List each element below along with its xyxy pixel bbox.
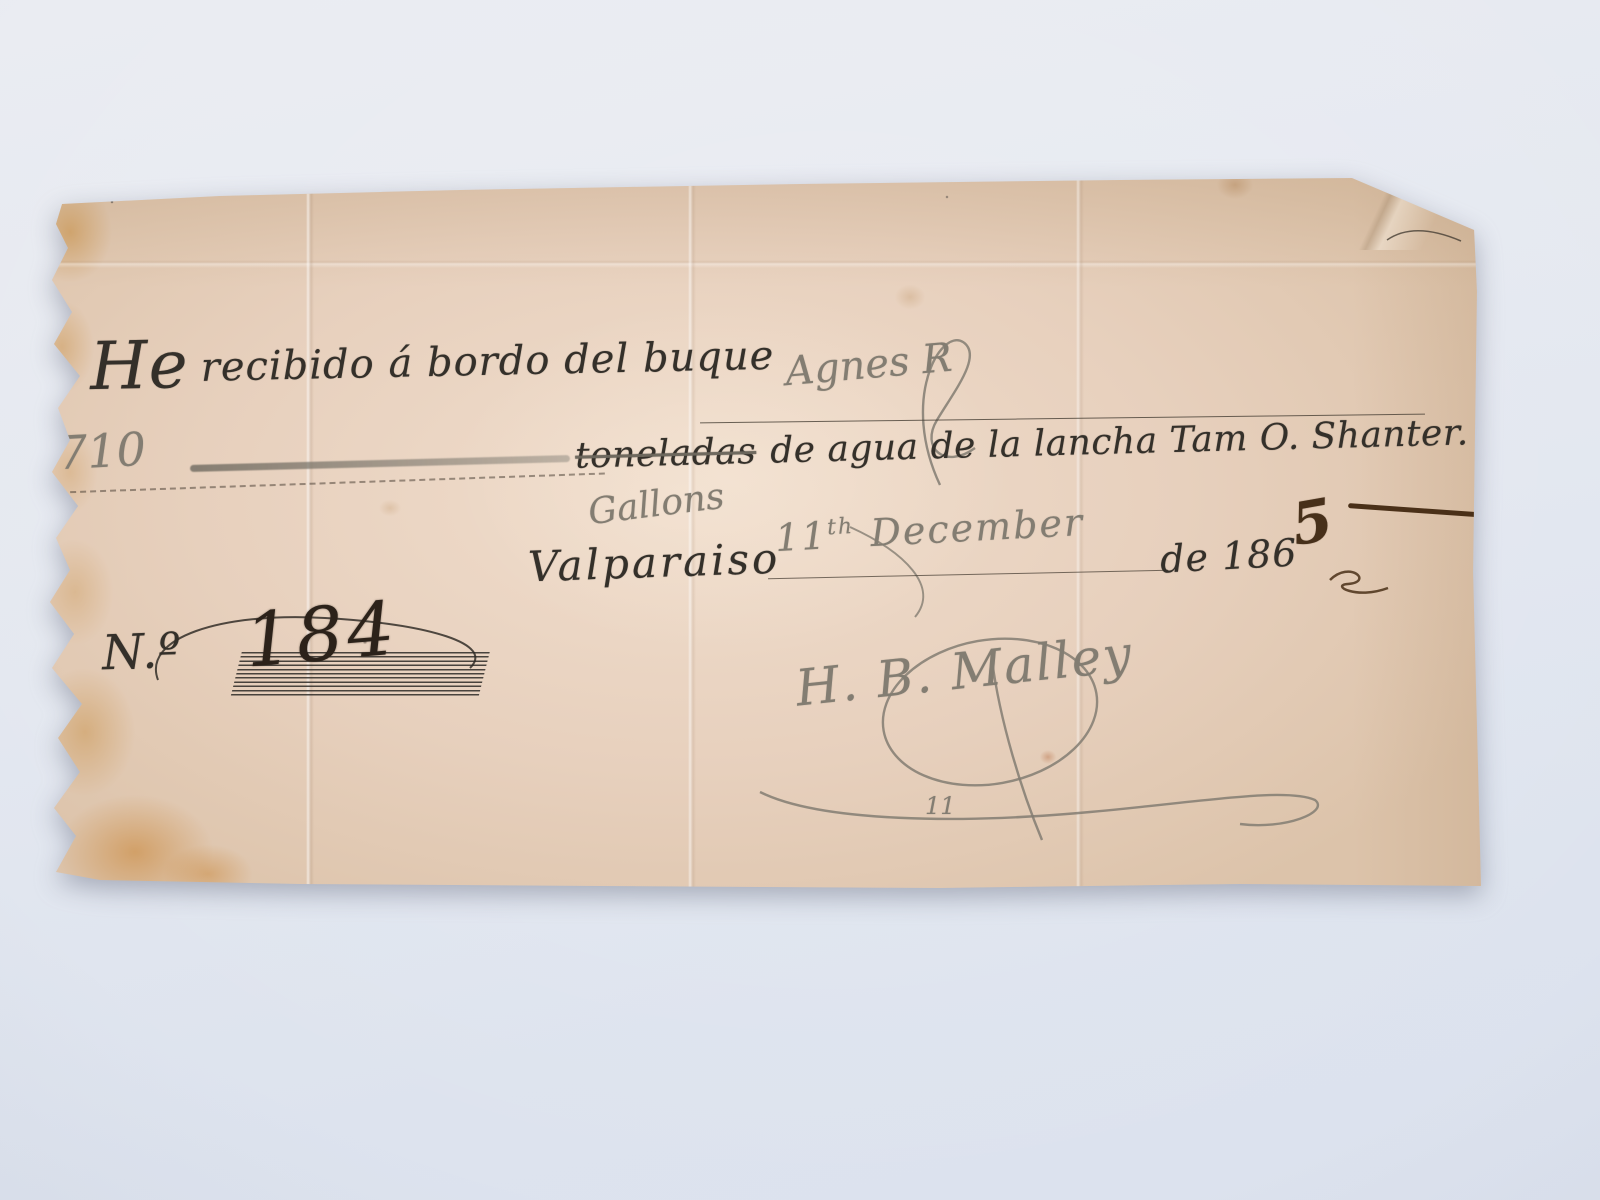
printed-number-label: N.º [101,623,183,682]
date-blank-line [768,570,1168,579]
corner-fold [1295,172,1485,250]
unit-correction-handwritten: Gallons [586,476,727,533]
vessel-name-handwritten: Agnes R [783,335,954,395]
date-day: 11 [774,513,829,560]
printed-text-line1: Herecibido á bordo del buque [90,333,775,393]
signature-handwritten: H. B. Malley [793,624,1136,717]
printed-unit-word-struck: toneladas [575,431,757,477]
year-digit-dash-stroke [1348,503,1488,518]
photo-background: Herecibido á bordo del buque Agnes R 710… [0,0,1600,1200]
quantity-handwritten: 710 [57,422,148,481]
printed-year-prefix: de 186 [1159,530,1299,581]
date-day-suffix: th [826,514,854,540]
year-digit-squiggle [1322,552,1432,612]
signature-note-handwritten: 11 [925,792,956,820]
receipt-number-handwritten: 184 [242,585,402,684]
printed-line1-rest: recibido á bordo del buque [200,333,775,391]
quantity-dash-stroke [190,455,570,472]
corner-fold-crease-mark [1385,218,1465,248]
receipt-paper: Herecibido á bordo del buque Agnes R 710… [40,172,1482,894]
printed-place: Valparaiso [527,534,781,592]
printed-line1-lead: He [89,326,189,405]
screenshot-root: { "receipt": { "printed": { "line1_lead"… [0,0,1600,1200]
paper-surface: Herecibido á bordo del buque Agnes R 710… [40,172,1482,894]
date-month: December [869,500,1085,555]
date-handwritten: 11thDecember [774,500,1085,560]
